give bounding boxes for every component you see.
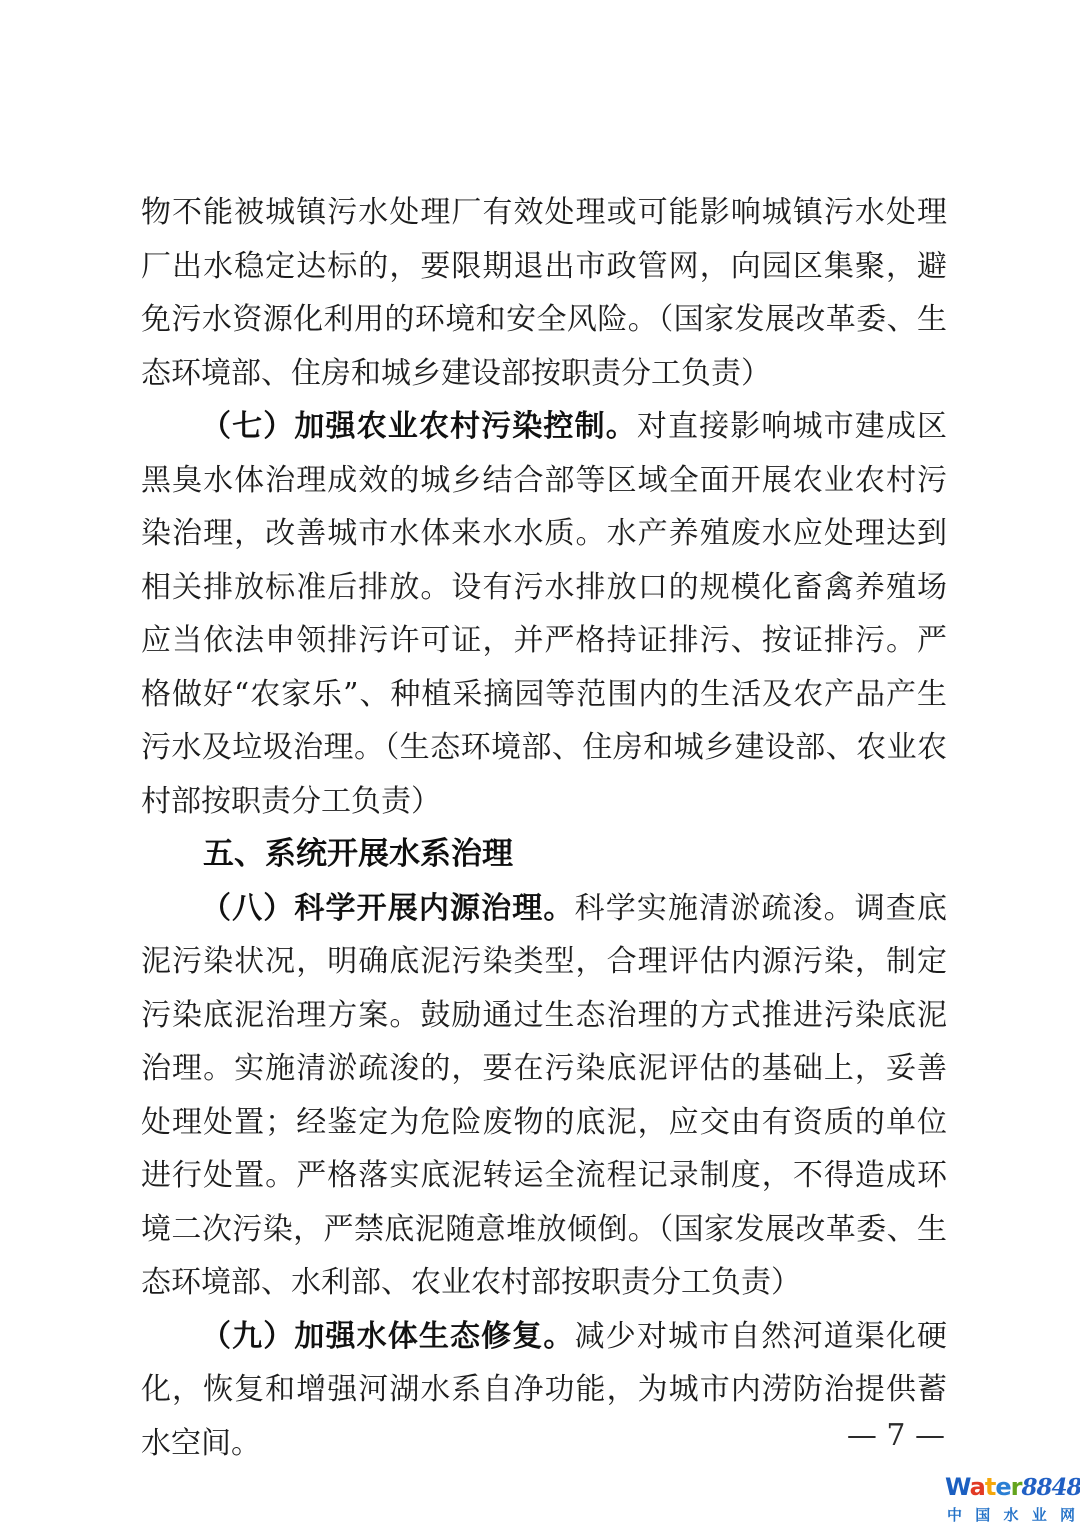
logo-letter: e [995,1473,1010,1501]
paragraph: （九）加强水体生态修复。减少对城市自然河道渠化硬化，恢复和增强河湖水系自净功能，… [141,1310,947,1471]
page-number: — 7 — [847,1418,945,1453]
paragraph-text: 物不能被城镇污水处理厂有效处理或可能影响城镇污水处理厂出水稳定达标的，要限期退出… [141,195,947,391]
section-heading: 五、系统开展水系治理 [141,828,947,882]
logo-letter: W [945,1473,970,1501]
paragraph-text: 对直接影响城市建成区黑臭水体治理成效的城乡结合部等区域全面开展农业农村污染治理，… [141,409,947,819]
logo-8848-text: 8848 [1021,1474,1080,1501]
paragraph: 物不能被城镇污水处理厂有效处理或可能影响城镇污水处理厂出水稳定达标的，要限期退出… [141,186,947,400]
paragraph-lead-bold: （九）加强水体生态修复。 [201,1319,575,1354]
water8848-logo: Water8848.com 中国水业网 [945,1474,1077,1524]
logo-wordmark: Water8848.com [945,1474,1077,1506]
logo-subtitle-char: 中 [947,1507,962,1524]
document-body: 物不能被城镇污水处理厂有效处理或可能影响城镇污水处理厂出水稳定达标的，要限期退出… [141,186,947,1470]
paragraph-text: 科学实施清淤疏浚。调查底泥污染状况，明确底泥污染类型，合理评估内源污染，制定污染… [141,891,947,1301]
logo-letter: r [1011,1473,1022,1501]
logo-letter: t [985,1473,995,1501]
logo-subtitle: 中国水业网 [945,1507,1077,1524]
paragraph-lead-bold: （七）加强农业农村污染控制。 [201,409,637,444]
logo-subtitle-char: 业 [1032,1507,1047,1524]
paragraph: （七）加强农业农村污染控制。对直接影响城市建成区黑臭水体治理成效的城乡结合部等区… [141,400,947,828]
logo-water-text: Water [945,1473,1021,1501]
logo-subtitle-char: 网 [1060,1507,1075,1524]
logo-subtitle-char: 水 [1003,1507,1018,1524]
logo-subtitle-char: 国 [975,1507,990,1524]
logo-letter: a [970,1473,985,1501]
paragraph: （八）科学开展内源治理。科学实施清淤疏浚。调查底泥污染状况，明确底泥污染类型，合… [141,882,947,1310]
paragraph-lead-bold: （八）科学开展内源治理。 [201,891,575,926]
document-page: 物不能被城镇污水处理厂有效处理或可能影响城镇污水处理厂出水稳定达标的，要限期退出… [0,0,1080,1527]
